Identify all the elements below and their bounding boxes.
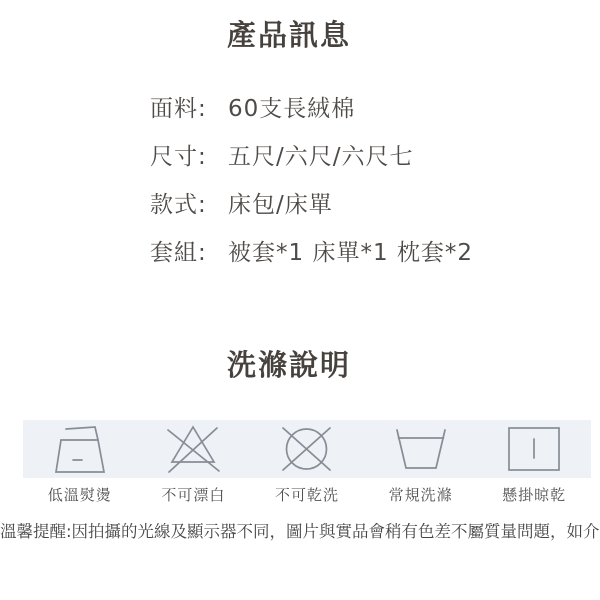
care-labels-row: 低溫熨燙 不可漂白 不可乾洗 常規洗滌 懸掛晾乾 <box>23 486 591 504</box>
info-value: 被套*1 床單*1 枕套*2 <box>228 241 473 266</box>
info-row-style: 款式: 床包/床單 <box>150 193 600 218</box>
care-cell-dryclean <box>250 420 364 478</box>
info-row-set: 套組: 被套*1 床單*1 枕套*2 <box>150 241 600 266</box>
product-info-page: 產品訊息 面料: 60支長絨棉 尺寸: 五尺/六尺/六尺七 款式: 床包/床單 … <box>0 0 600 600</box>
info-row-fabric: 面料: 60支長絨棉 <box>150 97 600 122</box>
care-cell-bleach <box>137 420 251 478</box>
care-label-dryclean: 不可乾洗 <box>250 486 364 504</box>
info-value: 床包/床單 <box>228 193 333 218</box>
care-label-dripdry: 懸掛晾乾 <box>477 486 591 504</box>
care-label-iron: 低溫熨燙 <box>23 486 137 504</box>
care-cell-wash <box>364 420 478 478</box>
washing-instructions-title: 洗滌說明 <box>0 349 578 381</box>
info-label: 套組: <box>150 241 228 266</box>
color-difference-notice: 溫馨提醒:因拍攝的光線及顯示器不同，圖片與實品會稍有色差不屬質量問題，如介意請三… <box>0 521 600 543</box>
product-info-title: 產品訊息 <box>0 19 578 51</box>
care-label-wash: 常規洗滌 <box>364 486 478 504</box>
info-row-size: 尺寸: 五尺/六尺/六尺七 <box>150 145 600 170</box>
iron-low-icon <box>55 426 105 473</box>
drip-dry-icon <box>508 427 560 471</box>
normal-wash-icon <box>395 428 447 470</box>
info-label: 面料: <box>150 97 228 122</box>
care-cell-dripdry <box>477 420 591 478</box>
no-dry-clean-icon <box>280 426 333 472</box>
info-value: 60支長絨棉 <box>228 97 355 122</box>
care-icons-band <box>23 420 591 478</box>
info-value: 五尺/六尺/六尺七 <box>228 145 414 170</box>
info-label: 尺寸: <box>150 145 228 170</box>
care-label-bleach: 不可漂白 <box>137 486 251 504</box>
product-info-rows: 面料: 60支長絨棉 尺寸: 五尺/六尺/六尺七 款式: 床包/床單 套組: 被… <box>150 97 600 289</box>
info-label: 款式: <box>150 193 228 218</box>
no-bleach-icon <box>165 424 222 474</box>
care-cell-iron <box>23 420 137 478</box>
